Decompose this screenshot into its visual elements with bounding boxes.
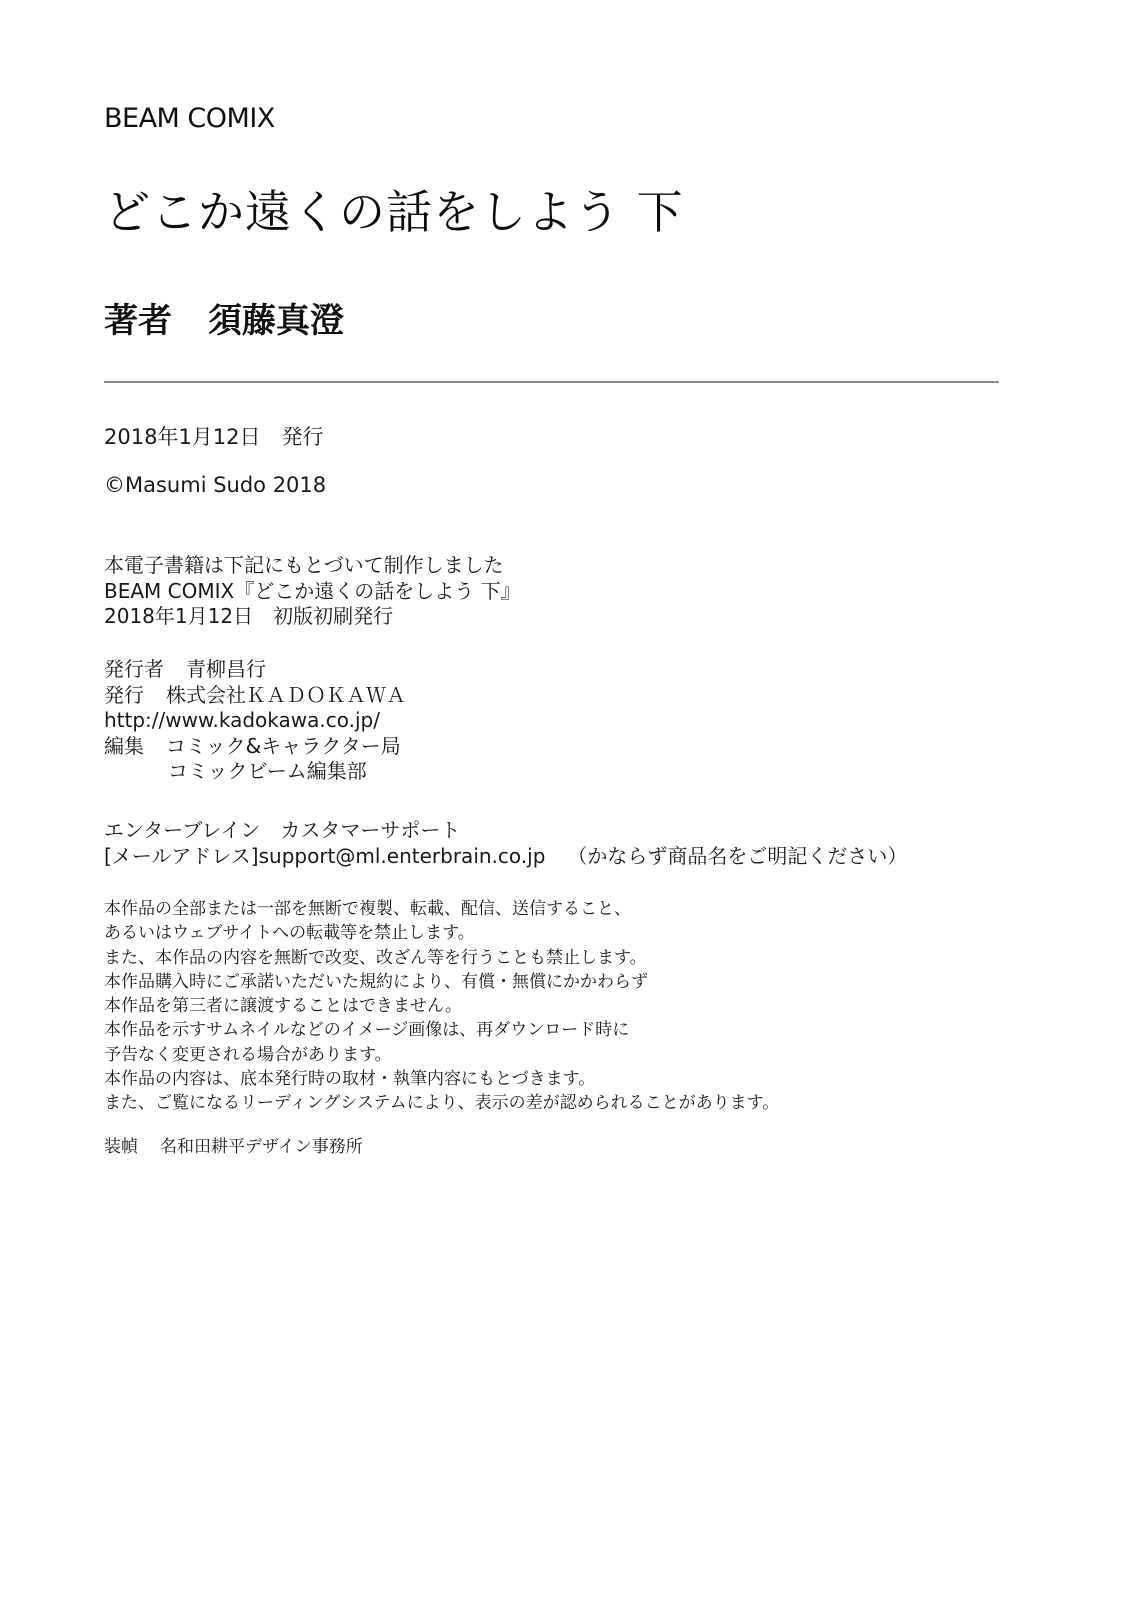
author-name: 須藤真澄: [208, 301, 344, 341]
publisher-name: 株式会社ＫＡＤＯＫＡＷＡ: [166, 683, 406, 707]
editor-sub-dept: コミックビーム編集部: [104, 759, 406, 785]
notice-line: 本作品の全部または一部を無断で複製、転載、配信、送信すること、: [104, 897, 779, 921]
source-line: 本電子書籍は下記にもとづいて制作しました: [104, 553, 521, 579]
design-label: 装幀: [104, 1137, 138, 1157]
support-heading: エンターブレイン カスタマーサポート: [104, 818, 907, 844]
email-label: [メールアドレス]: [104, 844, 259, 868]
support-block: エンターブレイン カスタマーサポート [メールアドレス]support@ml.e…: [104, 818, 907, 869]
source-edition-block: 本電子書籍は下記にもとづいて制作しました BEAM COMIX『どこか遠くの話を…: [104, 553, 521, 630]
issuer-name: 青柳昌行: [186, 657, 266, 681]
publication-date: 2018年1月12日 発行: [104, 421, 324, 451]
legal-notice-block: 本作品の全部または一部を無断で複製、転載、配信、送信すること、 あるいはウェブサ…: [104, 897, 779, 1116]
author-line: 著者須藤真澄: [104, 293, 344, 342]
notice-line: また、本作品の内容を無断で改変、改ざん等を行うことも禁止します。: [104, 946, 779, 970]
publisher-block: 発行者青柳昌行 発行株式会社ＫＡＤＯＫＡＷＡ http://www.kadoka…: [104, 657, 406, 785]
notice-line: あるいはウェブサイトへの転載等を禁止します。: [104, 921, 779, 945]
design-name: 名和田耕平デザイン事務所: [160, 1137, 363, 1157]
design-credit: 装幀名和田耕平デザイン事務所: [104, 1132, 363, 1157]
notice-line: また、ご覧になるリーディングシステムにより、表示の差が認められることがあります。: [104, 1091, 779, 1115]
issuer-line: 発行者青柳昌行: [104, 657, 406, 683]
editor-label: 編集: [104, 734, 144, 758]
notice-line: 予告なく変更される場合があります。: [104, 1043, 779, 1067]
publisher-line: 発行株式会社ＫＡＤＯＫＡＷＡ: [104, 683, 406, 709]
author-label: 著者: [104, 301, 172, 341]
notice-line: 本作品の内容は、底本発行時の取材・執筆内容にもとづきます。: [104, 1067, 779, 1091]
notice-line: 本作品を示すサムネイルなどのイメージ画像は、再ダウンロード時に: [104, 1018, 779, 1042]
imprint-label: BEAM COMIX: [104, 103, 275, 134]
support-email-link[interactable]: support@ml.enterbrain.co.jp: [259, 844, 546, 868]
notice-line: 本作品購入時にご承諾いただいた規約により、有償・無償にかかわらず: [104, 970, 779, 994]
copyright-notice: ©Masumi Sudo 2018: [104, 473, 326, 497]
issuer-label: 発行者: [104, 657, 164, 681]
source-line: 2018年1月12日 初版初刷発行: [104, 604, 521, 630]
source-line: BEAM COMIX『どこか遠くの話をしよう 下』: [104, 579, 521, 605]
divider: [104, 381, 999, 383]
support-email-line: [メールアドレス]support@ml.enterbrain.co.jp（かなら…: [104, 844, 907, 870]
editor-line: 編集コミック&キャラクター局: [104, 734, 406, 760]
support-note: （かならず商品名をご明記ください）: [567, 844, 907, 868]
notice-line: 本作品を第三者に譲渡することはできません。: [104, 994, 779, 1018]
editor-dept: コミック&キャラクター局: [166, 734, 401, 758]
book-title: どこか遠くの話をしよう 下: [104, 176, 684, 242]
publisher-label: 発行: [104, 683, 144, 707]
publisher-url-link[interactable]: http://www.kadokawa.co.jp/: [104, 708, 406, 734]
